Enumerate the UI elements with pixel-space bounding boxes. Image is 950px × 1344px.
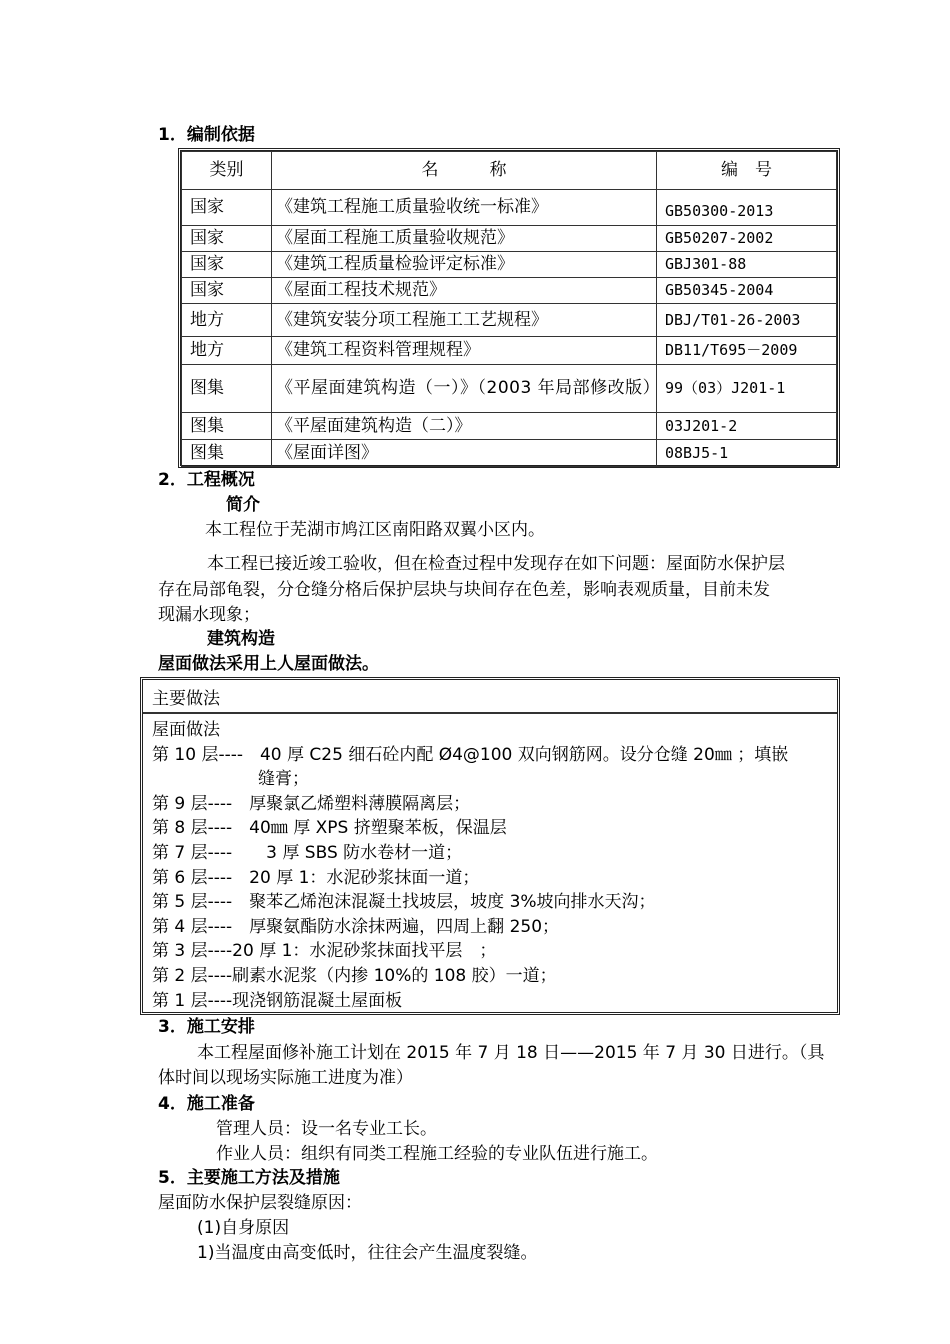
- section-4-heading: 4．施工准备: [158, 1096, 255, 1113]
- cell-category: 国家: [182, 252, 272, 278]
- cell-category: 图集: [182, 413, 272, 440]
- project-issue-line-2: 存在局部龟裂，分仓缝分格后保护层块与块间存在色差，影响表观质量，目前未发: [158, 582, 770, 599]
- table-row: 地方 《建筑工程资料管理规程》 DB11/T695－2009: [182, 337, 837, 365]
- section-3-heading: 3．施工安排: [158, 1019, 255, 1036]
- layer-label: 第 3 层----: [152, 941, 232, 961]
- crack-causes-intro: 屋面防水保护层裂缝原因：: [158, 1195, 362, 1212]
- method-box-body: 屋面做法 第 10 层---- 40 厚 C25 细石砼内配 Ø4@100 双向…: [143, 714, 837, 1013]
- project-location: 本工程位于芜湖市鸠江区南阳路双翼小区内。: [205, 522, 545, 539]
- layer-3: 第 3 层----20 厚 1：水泥砂浆抹面找平层 ；: [152, 939, 837, 964]
- section-5-heading: 5．主要施工方法及措施: [158, 1170, 340, 1187]
- layer-text: 刷素水泥浆（内掺 10%的 108 胶）一道；: [232, 966, 556, 986]
- cell-name: 《屋面详图》: [272, 440, 657, 467]
- table-row: 图集 《屋面详图》 08BJ5-1: [182, 440, 837, 467]
- cell-name: 《平屋面建筑构造（二）》: [272, 413, 657, 440]
- manager-staffing: 管理人员：设一名专业工长。: [216, 1121, 437, 1138]
- layer-2: 第 2 层----刷素水泥浆（内掺 10%的 108 胶）一道；: [152, 964, 837, 989]
- layer-6: 第 6 层---- 20 厚 1：水泥砂浆抹面一道；: [152, 866, 837, 891]
- cell-name: 《建筑工程资料管理规程》: [272, 337, 657, 365]
- table-row: 国家 《屋面工程技术规范》 GB50345-2004: [182, 278, 837, 304]
- layer-10-continued: 缝膏；: [152, 767, 837, 792]
- layer-label: 第 7 层----: [152, 843, 232, 863]
- cell-name: 《平屋面建筑构造（一）》（2003 年局部修改版）: [272, 365, 657, 413]
- header-code: 编 号: [657, 152, 837, 190]
- cell-code: GB50207-2002: [657, 226, 837, 252]
- layer-text: 20 厚 1：水泥砂浆抹面一道；: [232, 868, 479, 888]
- cell-category: 图集: [182, 440, 272, 467]
- layer-text: 厚聚氯乙烯塑料薄膜隔离层；: [232, 794, 470, 814]
- cell-category: 国家: [182, 190, 272, 226]
- layer-label: 第 8 层----: [152, 818, 232, 838]
- layer-text: 20 厚 1：水泥砂浆抹面找平层 ；: [232, 941, 496, 961]
- standards-table: 类别 名 称 编 号 国家 《建筑工程施工质量验收统一标准》 GB50300-2…: [178, 148, 840, 468]
- cell-code: DBJ/T01-26-2003: [657, 304, 837, 337]
- cause-item-1: (1)自身原因: [197, 1220, 289, 1237]
- table-row: 国家 《建筑工程施工质量验收统一标准》 GB50300-2013: [182, 190, 837, 226]
- cell-name: 《建筑安装分项工程施工工艺规程》: [272, 304, 657, 337]
- table-row: 图集 《平屋面建筑构造（一）》（2003 年局部修改版） 99（03）J201-…: [182, 365, 837, 413]
- subheading-construction: 建筑构造: [207, 631, 275, 648]
- layer-text: 40㎜ 厚 XPS 挤塑聚苯板，保温层: [232, 818, 507, 838]
- layer-label: 第 2 层----: [152, 966, 232, 986]
- project-issue-line-1: 本工程已接近竣工验收，但在检查过程中发现存在如下问题：屋面防水保护层: [207, 556, 785, 573]
- header-category: 类别: [182, 152, 272, 190]
- layer-label: 第 9 层----: [152, 794, 232, 814]
- roof-method-box: 主要做法 屋面做法 第 10 层---- 40 厚 C25 细石砼内配 Ø4@1…: [140, 677, 840, 1015]
- project-issue-line-3: 现漏水现象；: [158, 607, 260, 624]
- worker-staffing: 作业人员：组织有同类工程施工经验的专业队伍进行施工。: [216, 1146, 658, 1163]
- layer-label: 第 4 层----: [152, 917, 232, 937]
- cell-code: 99（03）J201-1: [657, 365, 837, 413]
- layer-text: 40 厚 C25 细石砼内配 Ø4@100 双向钢筋网。设分仓缝 20㎜ ；填嵌: [243, 745, 788, 765]
- layer-text: 聚苯乙烯泡沫混凝土找坡层，坡度 3%坡向排水天沟；: [232, 892, 655, 912]
- cell-code: 08BJ5-1: [657, 440, 837, 467]
- cell-name: 《屋面工程施工质量验收规范》: [272, 226, 657, 252]
- layer-label: 第 1 层----: [152, 991, 232, 1011]
- layer-text: 3 厚 SBS 防水卷材一道；: [232, 843, 462, 863]
- schedule-line-2: 体时间以现场实际施工进度为准）: [158, 1070, 413, 1087]
- table-row: 地方 《建筑安装分项工程施工工艺规程》 DBJ/T01-26-2003: [182, 304, 837, 337]
- cell-code: DB11/T695－2009: [657, 337, 837, 365]
- table-row: 图集 《平屋面建筑构造（二）》 03J201-2: [182, 413, 837, 440]
- schedule-line-1: 本工程屋面修补施工计划在 2015 年 7 月 18 日——2015 年 7 月…: [197, 1045, 824, 1062]
- layer-1: 第 1 层----现浇钢筋混凝土屋面板: [152, 989, 837, 1014]
- cell-category: 地方: [182, 304, 272, 337]
- layer-4: 第 4 层---- 厚聚氨酯防水涂抹两遍，四周上翻 250；: [152, 915, 837, 940]
- table-row: 国家 《屋面工程施工质量验收规范》 GB50207-2002: [182, 226, 837, 252]
- method-title: 屋面做法: [152, 718, 837, 743]
- table-row: 国家 《建筑工程质量检验评定标准》 GBJ301-88: [182, 252, 837, 278]
- subheading-intro: 简介: [226, 497, 260, 514]
- header-name: 名 称: [272, 152, 657, 190]
- layer-text: 厚聚氨酯防水涂抹两遍，四周上翻 250；: [232, 917, 559, 937]
- section-1-heading: 1．编制依据: [158, 127, 255, 144]
- layer-text: 缝膏；: [258, 769, 309, 789]
- layer-label: 第 6 层----: [152, 868, 232, 888]
- cell-code: GBJ301-88: [657, 252, 837, 278]
- layer-label: 第 5 层----: [152, 892, 232, 912]
- cell-category: 国家: [182, 278, 272, 304]
- cell-code: GB50300-2013: [657, 190, 837, 226]
- layer-label: 第 10 层----: [152, 745, 243, 765]
- roof-statement: 屋面做法采用上人屋面做法。: [158, 656, 379, 673]
- cell-category: 地方: [182, 337, 272, 365]
- section-2-heading: 2．工程概况: [158, 472, 255, 489]
- cell-code: 03J201-2: [657, 413, 837, 440]
- layer-9: 第 9 层---- 厚聚氯乙烯塑料薄膜隔离层；: [152, 792, 837, 817]
- cell-name: 《屋面工程技术规范》: [272, 278, 657, 304]
- cell-name: 《建筑工程施工质量验收统一标准》: [272, 190, 657, 226]
- layer-7: 第 7 层---- 3 厚 SBS 防水卷材一道；: [152, 841, 837, 866]
- cell-code: GB50345-2004: [657, 278, 837, 304]
- method-box-header: 主要做法: [143, 680, 837, 714]
- cell-category: 图集: [182, 365, 272, 413]
- layer-8: 第 8 层---- 40㎜ 厚 XPS 挤塑聚苯板，保温层: [152, 816, 837, 841]
- cell-category: 国家: [182, 226, 272, 252]
- table-header-row: 类别 名 称 编 号: [182, 152, 837, 190]
- cell-name: 《建筑工程质量检验评定标准》: [272, 252, 657, 278]
- layer-text: 现浇钢筋混凝土屋面板: [232, 991, 402, 1011]
- layer-5: 第 5 层---- 聚苯乙烯泡沫混凝土找坡层，坡度 3%坡向排水天沟；: [152, 890, 837, 915]
- cause-item-1-1: 1)当温度由高变低时，往往会产生温度裂缝。: [197, 1245, 537, 1262]
- layer-10: 第 10 层---- 40 厚 C25 细石砼内配 Ø4@100 双向钢筋网。设…: [152, 743, 837, 768]
